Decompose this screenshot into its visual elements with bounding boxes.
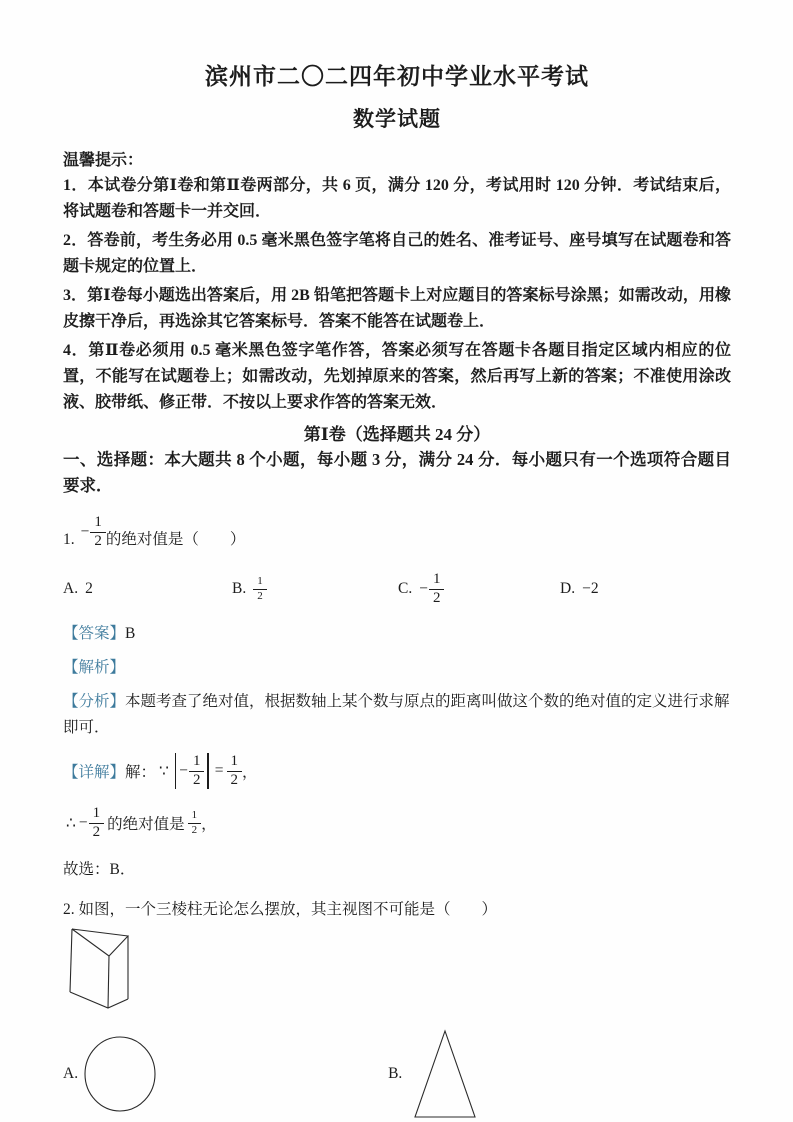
therefore-symbol: ∴	[66, 814, 76, 833]
triangular-prism-icon	[67, 927, 137, 1013]
answer-value: B	[125, 625, 135, 642]
notice-item-2: 2．答卷前，考生务必用 0.5 毫米黑色签字笔将自己的姓名、准考证号、座号填写在…	[63, 228, 731, 280]
lhs-frac-den: 2	[189, 772, 205, 789]
page-content: 滨州市二〇二四年初中学业水平考试 数学试题 温馨提示： 1．本试卷分第Ⅰ卷和第Ⅱ…	[63, 58, 731, 1119]
line2-sm-den: 2	[188, 824, 202, 837]
conclusion-line: 故选：B．	[63, 857, 731, 883]
q1-frac-numerator: 1	[90, 515, 106, 533]
figure-option-a-label: A.	[63, 1065, 78, 1083]
abs-bar-right	[207, 753, 208, 789]
line2-text: 的绝对值是	[107, 812, 185, 834]
option-a-label: A.	[63, 580, 78, 598]
comma: ，	[242, 760, 258, 782]
notice-item-1: 1．本试卷分第Ⅰ卷和第Ⅱ卷两部分，共 6 页，满分 120 分，考试用时 120…	[63, 173, 731, 225]
q1-fraction: 12	[90, 515, 106, 550]
line2-sm-num: 1	[188, 810, 202, 824]
line2-small-fraction: 12	[188, 810, 202, 836]
option-c: C. −12	[398, 572, 560, 607]
because-symbol: ∵	[159, 762, 169, 781]
circle-icon	[82, 1034, 158, 1114]
abs-bar-left	[175, 753, 176, 789]
rhs-frac-den: 2	[227, 772, 243, 789]
conclusion-math-line: ∴ −12 的绝对值是 12 ，	[63, 801, 731, 845]
notice-item-3: 3．第Ⅰ卷每小题选出答案后，用 2B 铅笔把答题卡上对应题目的答案标号涂黑；如需…	[63, 283, 731, 335]
notice-heading: 温馨提示：	[63, 147, 731, 170]
option-c-fraction: 12	[429, 572, 445, 607]
option-b-fraction: 12	[253, 576, 267, 602]
xiangjie-tag: 【详解】	[63, 760, 125, 782]
fenxi-tag: 【分析】	[63, 693, 125, 710]
jiexi-line: 【解析】	[63, 655, 731, 681]
xiangjie-line: 【详解】 解： ∵ −12 = 12 ，	[63, 749, 731, 793]
line2-frac-num: 1	[89, 806, 105, 824]
q1-frac-minus: −	[81, 519, 90, 545]
option-c-minus: −	[419, 580, 428, 598]
lhs-frac-num: 1	[189, 754, 205, 772]
figure-option-a: A.	[63, 1034, 158, 1114]
question-1-text: 的绝对值是（ ）	[106, 527, 246, 553]
line2-minus: −	[79, 814, 88, 832]
option-d: D. −2	[560, 580, 599, 598]
option-a: A. 2	[63, 580, 232, 598]
equals-sign: =	[215, 762, 224, 780]
rhs-frac-num: 1	[227, 754, 243, 772]
question-1-stem: 1. −12 的绝对值是（ ）	[63, 509, 731, 555]
line2-fraction: 12	[89, 806, 105, 841]
answer-line: 【答案】B	[63, 621, 731, 647]
option-b: B. 12	[232, 576, 398, 602]
question-1-number: 1.	[63, 527, 75, 553]
option-a-value: 2	[85, 580, 93, 598]
answer-tag: 【答案】	[63, 625, 125, 642]
jiexi-tag: 【解析】	[63, 659, 125, 676]
lhs-fraction: 12	[189, 754, 205, 789]
option-b-frac-den: 2	[253, 590, 267, 603]
option-c-frac-den: 2	[429, 590, 445, 607]
question-1-options: A. 2 B. 12 C. −12 D. −2	[63, 569, 731, 609]
q1-frac-denominator: 2	[90, 533, 106, 550]
option-b-frac-num: 1	[253, 576, 267, 590]
option-d-value: −2	[582, 580, 599, 598]
line2-comma: ，	[201, 812, 217, 834]
question-2-figure-options: A. B.	[63, 1029, 731, 1119]
triangle-icon	[414, 1029, 478, 1119]
triangular-prism-figure	[67, 927, 731, 1013]
question-2-stem: 2. 如图，一个三棱柱无论怎么摆放，其主视图不可能是（ ）	[63, 897, 731, 923]
option-b-label: B.	[232, 580, 246, 598]
section1-heading: 第Ⅰ卷（选择题共 24 分）	[63, 420, 731, 445]
line2-frac-den: 2	[89, 824, 105, 841]
option-c-label: C.	[398, 580, 412, 598]
rhs-fraction: 12	[227, 754, 243, 789]
fenxi-text: 本题考查了绝对值，根据数轴上某个数与原点的距离叫做这个数的绝对值的定义进行求解即…	[63, 693, 730, 736]
fenxi-line: 【分析】本题考查了绝对值，根据数轴上某个数与原点的距离叫做这个数的绝对值的定义进…	[63, 689, 731, 741]
figure-option-b-label: B.	[388, 1065, 402, 1083]
page-subtitle: 数学试题	[63, 103, 731, 133]
exam-paper-page: 滨州市二〇二四年初中学业水平考试 数学试题 温馨提示： 1．本试卷分第Ⅰ卷和第Ⅱ…	[0, 0, 793, 1122]
notice-item-4: 4．第Ⅱ卷必须用 0.5 毫米黑色签字笔作答，答案必须写在答题卡各题目指定区域内…	[63, 338, 731, 416]
xiangjie-prefix: 解：	[125, 760, 156, 782]
option-d-label: D.	[560, 580, 575, 598]
lhs-minus: −	[179, 762, 188, 780]
section1-intro: 一、选择题：本大题共 8 个小题，每小题 3 分，满分 24 分．每小题只有一个…	[63, 447, 731, 499]
figure-option-b: B.	[388, 1029, 478, 1119]
page-title: 滨州市二〇二四年初中学业水平考试	[63, 58, 731, 91]
option-c-frac-num: 1	[429, 572, 445, 590]
